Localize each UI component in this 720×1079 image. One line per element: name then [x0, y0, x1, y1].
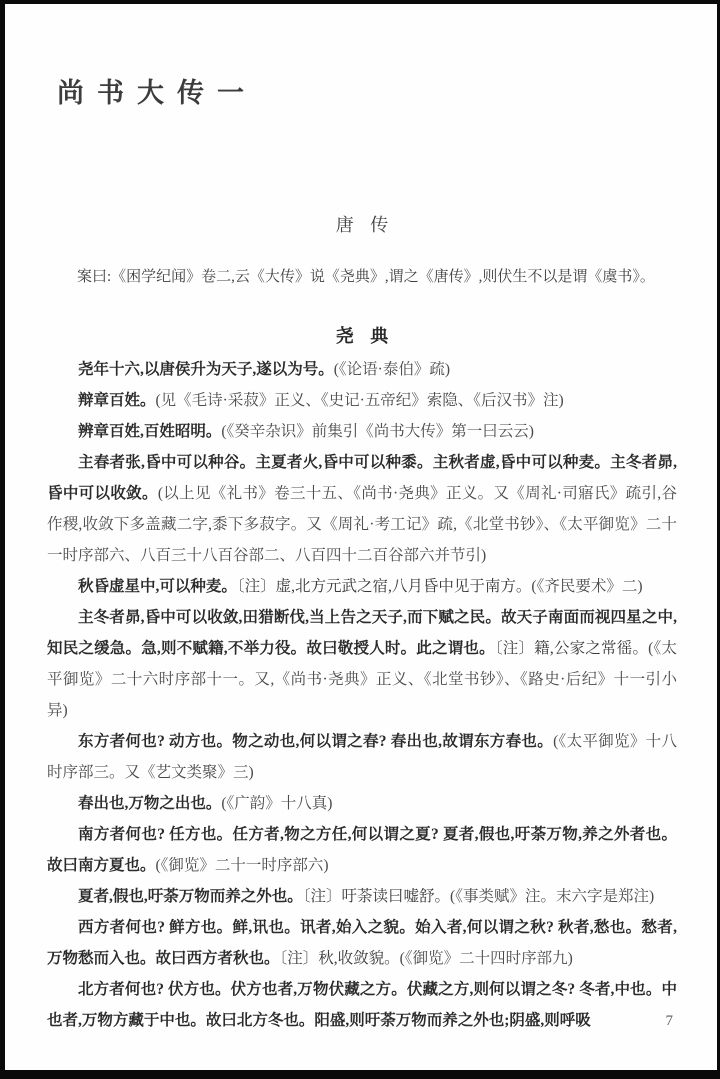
body-paragraph: 辩章百姓。(见《毛诗·采菽》正义、《史记·五帝纪》索隐、《后汉书》注): [47, 385, 677, 416]
body-paragraph: 辨章百姓,百姓昭明。(《癸辛杂识》前集引《尚书大传》第一曰云云): [47, 416, 677, 447]
text-run-note: 〔注〕籍,公家之常徭。: [495, 640, 648, 657]
text-run-cite: (《御览》二十四时序部九): [400, 950, 573, 967]
body-paragraph: 夏者,假也,吁荼万物而养之外也。〔注〕吁荼读曰嘘舒。(《事类赋》注。末六字是郑注…: [47, 881, 677, 912]
text-run-main: 南方者何也? 任方也。任方者,物之方任,何以谓之夏? 夏者,假也,吁荼万物,养之…: [47, 826, 677, 874]
text-run-main: 尧年十六,以唐侯升为天子,遂以为号。: [78, 361, 334, 378]
text-run-main: 辩章百姓。: [78, 392, 156, 409]
body-paragraph: 东方者何也? 动方也。物之动也,何以谓之春? 春出也,故谓东方春也。(《太平御览…: [47, 726, 677, 788]
chapter-title: 尚书大传一: [57, 76, 677, 110]
text-run-note: 〔注〕吁荼读曰嘘舒。: [303, 888, 450, 905]
body-paragraph: 北方者何也? 伏方也。伏方也者,万物伏藏之方。伏藏之方,则何以谓之冬? 冬者,中…: [47, 974, 677, 1036]
body-paragraph: 尧年十六,以唐侯升为天子,遂以为号。(《论语·泰伯》疏): [47, 354, 677, 385]
text-run-main: 秋昏虚星中,可以种麦。: [78, 578, 237, 595]
sub-heading-yao-dian: 尧 典: [47, 324, 677, 348]
page-content: 尚书大传一 唐 传 案曰:《困学纪闻》卷二,云《大传》说《尧典》,谓之《唐传》,…: [5, 76, 717, 1036]
text-run-cite: (《广韵》十八真): [221, 795, 332, 812]
text-run-main: 东方者何也? 动方也。物之动也,何以谓之春? 春出也,故谓东方春也。: [78, 733, 553, 750]
body-paragraph: 秋昏虚星中,可以种麦。〔注〕虚,北方元武之宿,八月昏中见于南方。(《齐民要术》二…: [47, 571, 677, 602]
page-number: 7: [666, 1013, 674, 1030]
book-page: 尚书大传一 唐 传 案曰:《困学纪闻》卷二,云《大传》说《尧典》,谓之《唐传》,…: [0, 0, 720, 1079]
body-paragraph: 主冬者昴,昏中可以收敛,田猎断伐,当上告之天子,而下赋之民。故天子南面而视四星之…: [47, 602, 677, 726]
editor-case-note: 案曰:《困学纪闻》卷二,云《大传》说《尧典》,谓之《唐传》,则伏生不以是谓《虞书…: [47, 265, 677, 290]
text-run-main: 北方者何也? 伏方也。伏方也者,万物伏藏之方。伏藏之方,则何以谓之冬? 冬者,中…: [47, 981, 677, 1029]
yao-paragraphs: 尧年十六,以唐侯升为天子,遂以为号。(《论语·泰伯》疏)辩章百姓。(见《毛诗·采…: [47, 354, 677, 1036]
body-paragraph: 西方者何也? 鲜方也。鲜,讯也。讯者,始入之貌。始入者,何以谓之秋? 秋者,愁也…: [47, 912, 677, 974]
text-run-main: 春出也,万物之出也。: [78, 795, 221, 812]
body-paragraph: 主春者张,昏中可以种谷。主夏者火,昏中可以种黍。主秋者虚,昏中可以种麦。主冬者昴…: [47, 447, 677, 571]
text-run-cite: (《齐民要术》二): [531, 578, 642, 595]
text-run-cite: (《论语·泰伯》疏): [334, 361, 450, 378]
section-heading-tang-zhuan: 唐 传: [47, 213, 677, 237]
text-run-note: 〔注〕虚,北方元武之宿,八月昏中见于南方。: [237, 578, 532, 595]
text-run-cite: (《御览》二十一时序部六): [156, 857, 329, 874]
text-run-cite: (《事类赋》注。末六字是郑注): [450, 888, 654, 905]
text-run-main: 夏者,假也,吁荼万物而养之外也。: [78, 888, 303, 905]
text-run-cite: (《癸辛杂识》前集引《尚书大传》第一曰云云): [221, 423, 534, 440]
body-paragraph: 春出也,万物之出也。(《广韵》十八真): [47, 788, 677, 819]
text-run-note: 〔注〕秋,收敛貌。: [280, 950, 400, 967]
body-paragraph: 南方者何也? 任方也。任方者,物之方任,何以谓之夏? 夏者,假也,吁荼万物,养之…: [47, 819, 677, 881]
text-run-cite: (见《毛诗·采菽》正义、《史记·五帝纪》索隐、《后汉书》注): [156, 392, 564, 409]
text-run-main: 辨章百姓,百姓昭明。: [78, 423, 221, 440]
